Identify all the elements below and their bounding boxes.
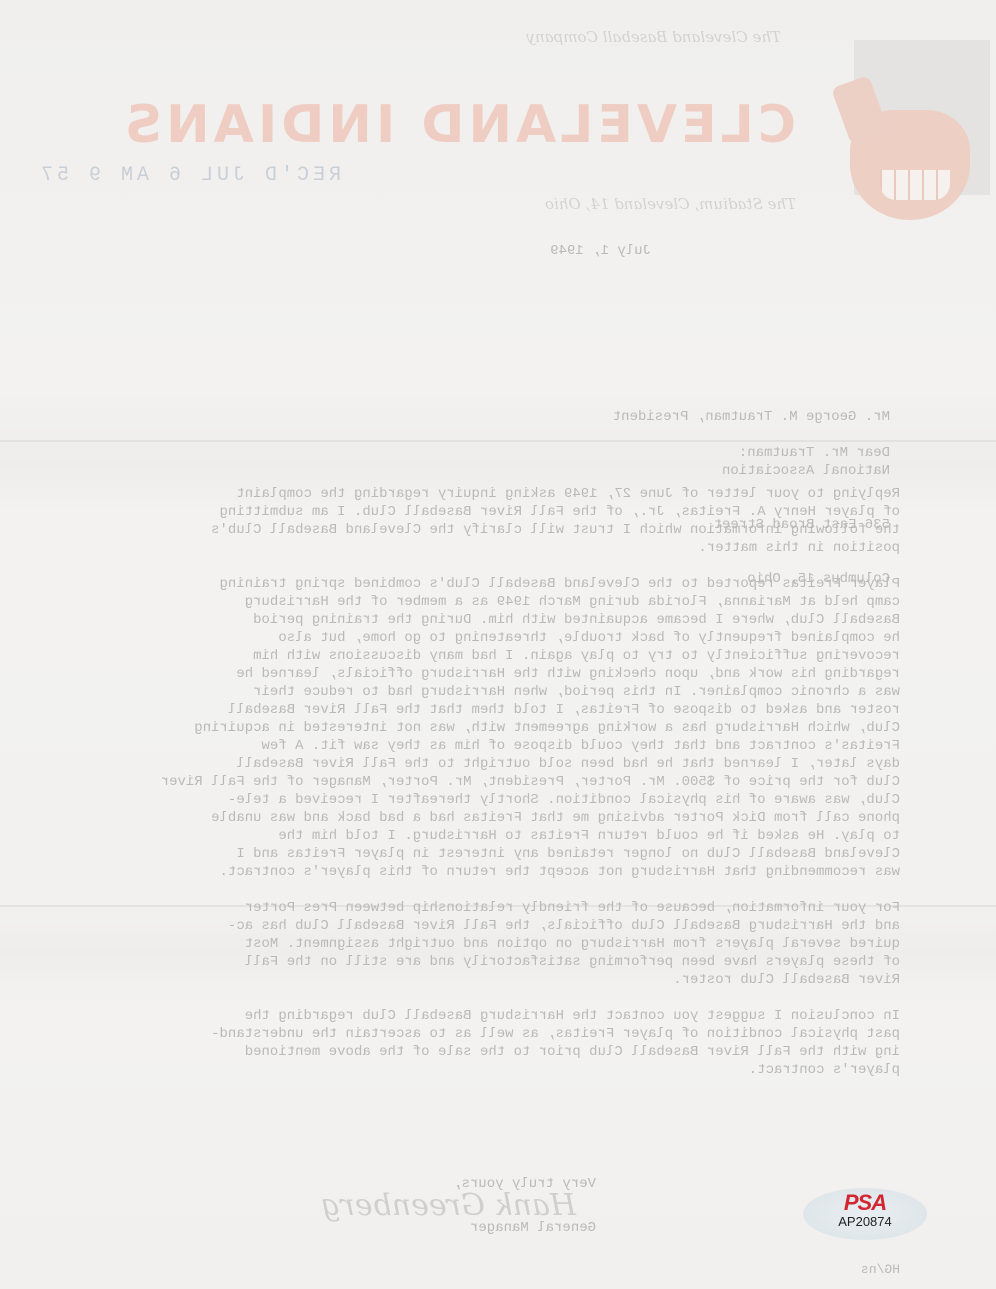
typist-initials: HG/ns [861, 1262, 900, 1277]
paragraph: Replying to your letter of June 27, 1949… [100, 485, 900, 557]
team-name: CLEVELAND INDIANS [121, 95, 796, 155]
logo-teeth-icon [880, 170, 950, 200]
psa-logo: PSA [803, 1190, 927, 1216]
logo-feather-icon [831, 75, 889, 145]
psa-authentication-sticker: PSA AP20874 [803, 1188, 927, 1240]
chief-wahoo-logo [854, 40, 990, 195]
certificate-id: AP20874 [803, 1214, 927, 1229]
letterhead-address: The Stadium, Cleveland 14, Ohio [545, 195, 796, 213]
signature: Hank Greenberg [321, 1197, 576, 1215]
received-stamp: REC'D JUL 6 AM 9 57 [37, 164, 341, 187]
paragraph: For your information, because of the fri… [100, 899, 900, 989]
corporation-name: The Cleveland Baseball Company [527, 28, 781, 46]
recipient-line: Mr. George M. Trautman, President [613, 408, 890, 426]
psa-brand: PSA [844, 1190, 886, 1215]
letter-page: The Cleveland Baseball Company CLEVELAND… [0, 0, 996, 1289]
letter-body: Replying to your letter of June 27, 1949… [100, 485, 900, 1097]
closing-block: Very truly yours, Hank Greenberg General… [321, 1175, 596, 1237]
letter-date: July 1, 1949 [550, 243, 651, 259]
mirrored-letter: The Cleveland Baseball Company CLEVELAND… [0, 0, 996, 1289]
paragraph: Player Freitas reported to the Cleveland… [100, 575, 900, 881]
recipient-line: National Association [613, 462, 890, 480]
salutation: Dear Mr. Trautman: [739, 444, 890, 462]
paragraph: In conclusion I suggest you contact the … [100, 1007, 900, 1079]
